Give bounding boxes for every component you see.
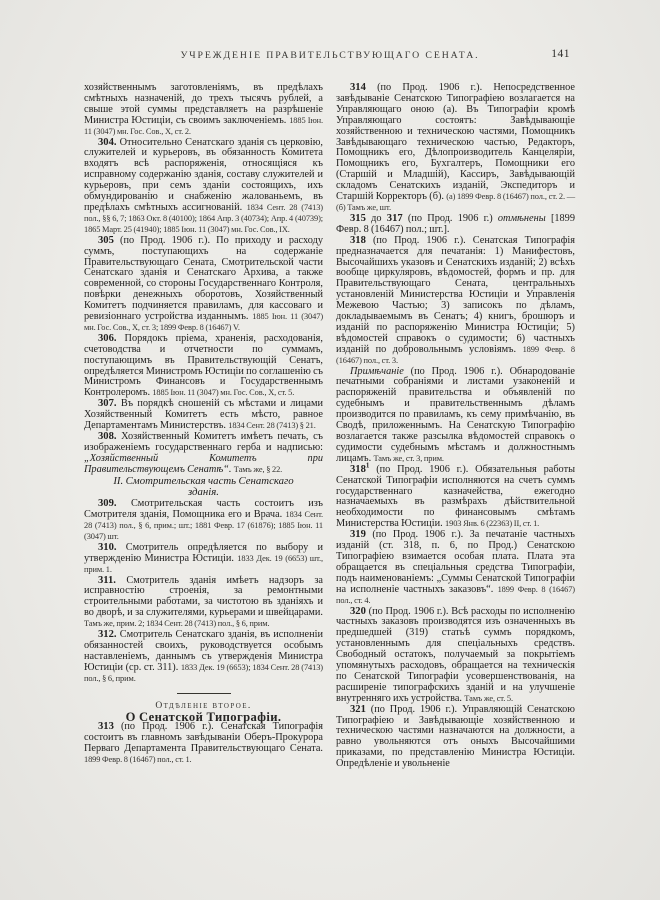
article-number: 3181: [350, 464, 369, 475]
article-number: 318: [350, 235, 366, 246]
article-text: (по Прод. 1906 г.). Сенатская Типографія…: [84, 721, 323, 754]
article-number: 313: [98, 721, 114, 732]
article-313: 313 (по Прод. 1906 г.). Сенатская Типогр…: [84, 722, 323, 766]
article-text: Смотритель зданія имѣетъ надзоръ за испр…: [84, 575, 323, 619]
section-divider-rule: [177, 693, 231, 694]
article-314: 314 (по Прод. 1906 г.). Непосредственное…: [336, 83, 575, 214]
page-content: УЧРЕЖДЕНІЕ ПРАВИТЕЛЬСТВУЮЩАГО СЕНАТА. 14…: [84, 50, 576, 770]
article-text: Хозяйственный Комитетъ имѣетъ печать, съ…: [84, 431, 323, 453]
article-320: 320 (по Прод. 1906 г.). Всѣ расходы по и…: [336, 607, 575, 705]
article-number: 309.: [98, 498, 117, 509]
article-318: 318 (по Прод. 1906 г.). Сенатская Типогр…: [336, 236, 575, 367]
citation: Тамъ же, ст. 5.: [464, 694, 513, 703]
article-number: 311.: [98, 575, 116, 586]
article-number: 317: [387, 213, 403, 224]
article-312: 312. Смотритель Сенатскаго зданія, въ ис…: [84, 630, 323, 685]
article-text: (по Прод. 1906 г.). Непосредственное зав…: [336, 82, 575, 202]
citation: Тамъ же, § 22.: [234, 465, 282, 474]
article-text: (по Прод. 1906 г.). Сенатская Типографія…: [336, 235, 575, 355]
article-text: (по Прод. 1906 г.). Всѣ расходы по испол…: [336, 606, 575, 704]
article-number: 304.: [98, 137, 117, 148]
article-315-317: 315 до 317 (по Прод. 1906 г.) отмѣнены […: [336, 214, 575, 236]
article-310: 310. Смотритель опредѣляется по выбору и…: [84, 543, 323, 576]
article-308: 308. Хозяйственный Комитетъ имѣетъ печат…: [84, 432, 323, 476]
article-number: 314: [350, 82, 366, 93]
article-304: 304. Относительно Сенатскаго зданія съ ц…: [84, 138, 323, 236]
citation: 1834 Сент. 28 (7413) § 21.: [228, 421, 316, 430]
repealed-italic: отмѣнены: [498, 213, 546, 224]
paragraph-303-continuation: хозяйственнымъ заготовленіямъ, въ предѣл…: [84, 83, 323, 138]
article-text: (по Прод. 1906 г.): [408, 213, 498, 224]
left-column: хозяйственнымъ заготовленіямъ, въ предѣл…: [84, 83, 323, 770]
article-307: 307. Въ порядкѣ сношеній съ мѣстами и ли…: [84, 399, 323, 432]
page-number: 141: [551, 48, 570, 60]
article-text: хозяйственнымъ заготовленіямъ, въ предѣл…: [84, 82, 323, 126]
article-306: 306. Порядокъ пріема, храненія, расходов…: [84, 334, 323, 399]
article-309: 309. Смотрительская часть состоитъ изъ С…: [84, 499, 323, 543]
article-305: 305 (по Прод. 1906 г.). По приходу и рас…: [84, 236, 323, 334]
note-text: (по Прод. 1906 г.). Обнародованіе печатн…: [336, 366, 575, 464]
page-header: УЧРЕЖДЕНІЕ ПРАВИТЕЛЬСТВУЮЩАГО СЕНАТА. 14…: [84, 50, 576, 66]
article-number: 315: [350, 213, 366, 224]
article-number: 321: [350, 704, 366, 715]
article-318-1: 3181 (по Прод. 1906 г.). Обязательныя ра…: [336, 465, 575, 530]
article-321: 321 (по Прод. 1906 г.). Управляющій Сена…: [336, 705, 575, 770]
note-paragraph: Примѣчаніе (по Прод. 1906 г.). Обнародов…: [336, 367, 575, 465]
article-number: 320: [350, 606, 366, 617]
article-number: 305: [98, 235, 114, 246]
two-column-layout: хозяйственнымъ заготовленіямъ, въ предѣл…: [84, 83, 576, 770]
citation: 1903 Янв. 6 (22363) II, ст. 1.: [445, 519, 539, 528]
article-number: 312.: [98, 629, 117, 640]
article-number: 319: [350, 529, 366, 540]
article-number: 310.: [98, 542, 117, 553]
subsection-heading: II. Смотрительская часть Сенатскаго здан…: [84, 476, 323, 500]
citation: Тамъ же, прим. 2; 1834 Сент. 28 (7413) п…: [84, 619, 269, 628]
citation: 1885 Іюн. 11 (3047) мн. Гос. Сов., X, ст…: [152, 388, 294, 397]
article-range-separator: до: [371, 213, 381, 224]
note-lead-italic: Примѣчаніе: [350, 366, 404, 377]
article-text: (по Прод. 1906 г.). Управляющій Сенатско…: [336, 704, 575, 770]
article-text: Относительно Сенатскаго зданія съ церков…: [84, 137, 323, 213]
article-quote-italic: „Хозяйственный Комитетъ при Правительств…: [84, 453, 323, 475]
document-page: УЧРЕЖДЕНІЕ ПРАВИТЕЛЬСТВУЮЩАГО СЕНАТА. 14…: [0, 0, 660, 900]
article-311: 311. Смотритель зданія имѣетъ надзоръ за…: [84, 576, 323, 631]
article-number: 307.: [98, 398, 117, 409]
article-number: 308.: [98, 431, 117, 442]
citation: Тамъ же, ст. 3, прим.: [373, 454, 443, 463]
running-header-title: УЧРЕЖДЕНІЕ ПРАВИТЕЛЬСТВУЮЩАГО СЕНАТА.: [84, 50, 576, 61]
article-number: 306.: [98, 333, 117, 344]
article-319: 319 (по Прод. 1906 г.). За печатаніе час…: [336, 530, 575, 606]
citation: 1899 Февр. 8 (16467) пол., ст. 1.: [84, 755, 192, 764]
right-column: 314 (по Прод. 1906 г.). Непосредственное…: [336, 83, 575, 770]
article-text: (по Прод. 1906 г.). По приходу и расходу…: [84, 235, 323, 322]
article-number-superscript: 1: [366, 461, 370, 469]
